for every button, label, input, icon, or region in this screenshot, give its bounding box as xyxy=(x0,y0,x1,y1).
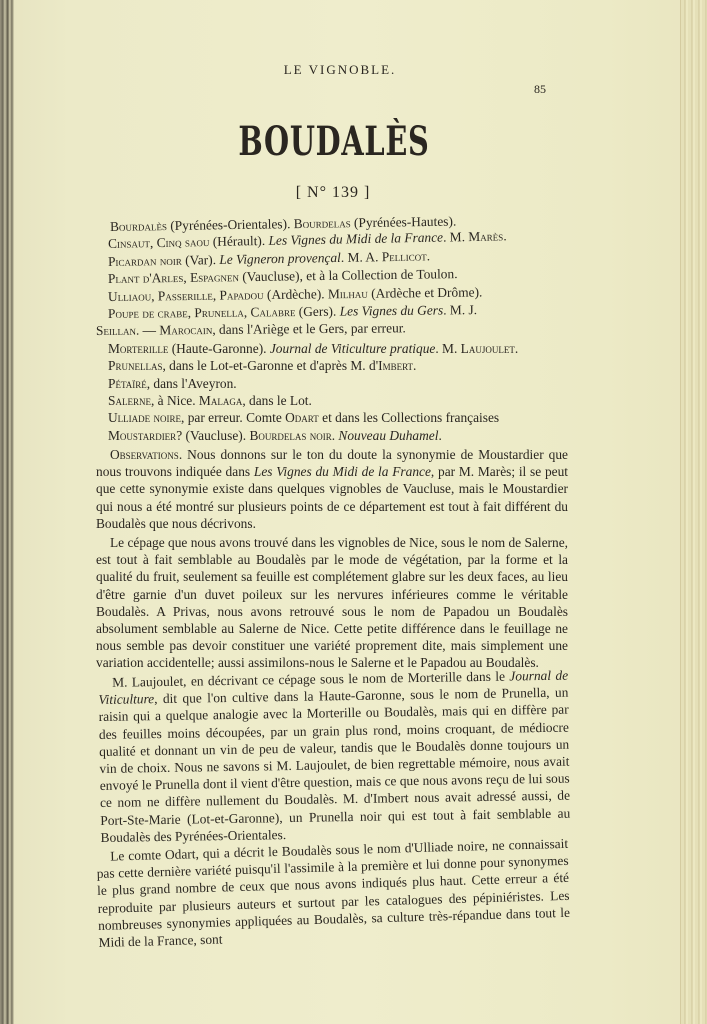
text-run: . M. A. xyxy=(341,249,382,265)
name-smallcaps: Odart xyxy=(285,410,319,425)
observations-body: Observations. Nous donnons sur le ton du… xyxy=(96,446,568,953)
synonym-line: Pétaïré, dans l'Aveyron. xyxy=(108,375,578,392)
name-smallcaps: Ulliaou, Passerille, Papadou xyxy=(108,287,264,304)
text-run: et dans les Collections françaises xyxy=(319,410,499,425)
text-run: . xyxy=(427,248,431,263)
name-smallcaps: Marès xyxy=(468,229,503,245)
text-run: (Vaucluse), et à la Collection de Toulon… xyxy=(239,266,458,284)
body-paragraph: Observations. Nous donnons sur le ton du… xyxy=(96,446,568,532)
text-run: Le cépage que nous avons trouvé dans les… xyxy=(96,535,568,670)
citation-italic: Les Vignes du Gers xyxy=(340,303,444,319)
name-smallcaps: Seillan xyxy=(96,323,136,338)
text-run: , dans le Lot. xyxy=(242,393,312,408)
name-smallcaps: Pétaïré xyxy=(108,376,147,391)
text-run: (Gers). xyxy=(295,304,339,319)
name-smallcaps: Bourdelas noir xyxy=(249,428,331,443)
text-run: (Ardèche et Drôme). xyxy=(368,284,483,300)
text-run: (Pyrénées-Orientales). xyxy=(167,216,294,233)
synonym-line: Prunellas, dans le Lot-et-Garonne et d'a… xyxy=(108,357,578,374)
text-run: , à Nice. xyxy=(151,393,199,408)
synonym-line: Salerne, à Nice. Malaga, dans le Lot. xyxy=(108,392,578,409)
name-smallcaps: Pellicot xyxy=(382,248,427,264)
synonym-line: Moustardier? (Vaucluse). Bourdelas noir.… xyxy=(108,427,578,444)
citation-italic: Le Vigneron provençal xyxy=(219,250,341,267)
synonym-line: Ulliade noire, par erreur. Comte Odart e… xyxy=(108,409,578,426)
text-run: , dans l'Ariège et le Gers, par erreur. xyxy=(212,321,406,338)
synonym-line: Morterille (Haute-Garonne). Journal de V… xyxy=(108,340,578,357)
entry-number: [ N° 139 ] xyxy=(0,184,666,202)
name-smallcaps: Imbert xyxy=(378,358,413,373)
synonym-line: Seillan. — Marocain, dans l'Ariège et le… xyxy=(96,318,578,340)
text-run: . M. xyxy=(435,341,460,356)
page-stack-edge xyxy=(680,0,707,1024)
name-smallcaps: Picardan noir xyxy=(108,253,182,269)
body-paragraph: Le cépage que nous avons trouvé dans les… xyxy=(96,534,568,672)
name-smallcaps: Observations xyxy=(110,447,179,462)
running-head: LE VIGNOBLE. xyxy=(0,62,680,78)
text-run: . — xyxy=(136,323,160,338)
name-smallcaps: Bourdelas xyxy=(294,215,351,231)
text-run: . xyxy=(503,229,507,244)
book-page: LE VIGNOBLE. 85 BOUDALÈS [ N° 139 ] Bour… xyxy=(0,0,707,1024)
name-smallcaps: Bourdalès xyxy=(110,218,167,234)
text-run: (Ardèche). xyxy=(264,286,328,302)
name-smallcaps: Malaga xyxy=(199,393,242,408)
name-smallcaps: Poupe de crabe, Prunella, Calabre xyxy=(108,304,296,321)
page-title: BOUDALÈS xyxy=(94,118,575,165)
text-run: . xyxy=(413,358,416,373)
book-binding-edge xyxy=(0,0,14,1024)
text-run: . xyxy=(438,428,441,443)
text-run: , dans l'Aveyron. xyxy=(147,376,237,391)
text-run: Le comte Odart, qui a décrit le Boudalès… xyxy=(97,835,571,949)
name-smallcaps: Moustardier xyxy=(108,428,176,443)
text-run: ? (Vaucluse). xyxy=(176,428,249,443)
name-smallcaps: Ulliade noire xyxy=(108,410,181,425)
name-smallcaps: Laujoulet xyxy=(461,341,515,356)
name-smallcaps: Prunellas xyxy=(108,358,162,373)
text-run: . M. J. xyxy=(443,302,477,317)
text-run: (Var). xyxy=(182,252,220,268)
citation-italic: Journal de Viticulture pratique xyxy=(270,341,436,356)
text-run: (Hérault). xyxy=(209,233,268,249)
body-paragraph: M. Laujoulet, en décrivant ce cépage sou… xyxy=(98,666,571,845)
name-smallcaps: Marocain xyxy=(159,322,212,337)
name-smallcaps: Milhau xyxy=(328,285,368,300)
text-run: . xyxy=(515,341,518,356)
text-run: , par erreur. Comte xyxy=(181,410,285,425)
text-run: , dit que l'on cultive dans la Haute-Gar… xyxy=(99,684,571,844)
text-run: . M. xyxy=(443,229,469,244)
citation-italic: Nouveau Duhamel xyxy=(338,428,438,443)
name-smallcaps: Morterille xyxy=(108,341,168,356)
body-paragraph: Le comte Odart, qui a décrit le Boudalès… xyxy=(96,834,571,950)
name-smallcaps: Cinsaut, Cinq saou xyxy=(108,234,210,251)
citation-italic: Les Vignes du Midi de la France xyxy=(268,230,443,248)
name-smallcaps: Salerne xyxy=(108,393,151,408)
text-run: , dans le Lot-et-Garonne et d'après M. d… xyxy=(162,358,378,373)
page-number: 85 xyxy=(534,82,546,97)
citation-italic: Les Vignes du Midi de la France xyxy=(254,464,431,479)
text-run: (Haute-Garonne). xyxy=(168,341,270,356)
synonyms-list: Bourdalès (Pyrénées-Orientales). Bourdel… xyxy=(108,218,578,444)
name-smallcaps: Plant d'Arles, Espagnen xyxy=(108,269,239,286)
